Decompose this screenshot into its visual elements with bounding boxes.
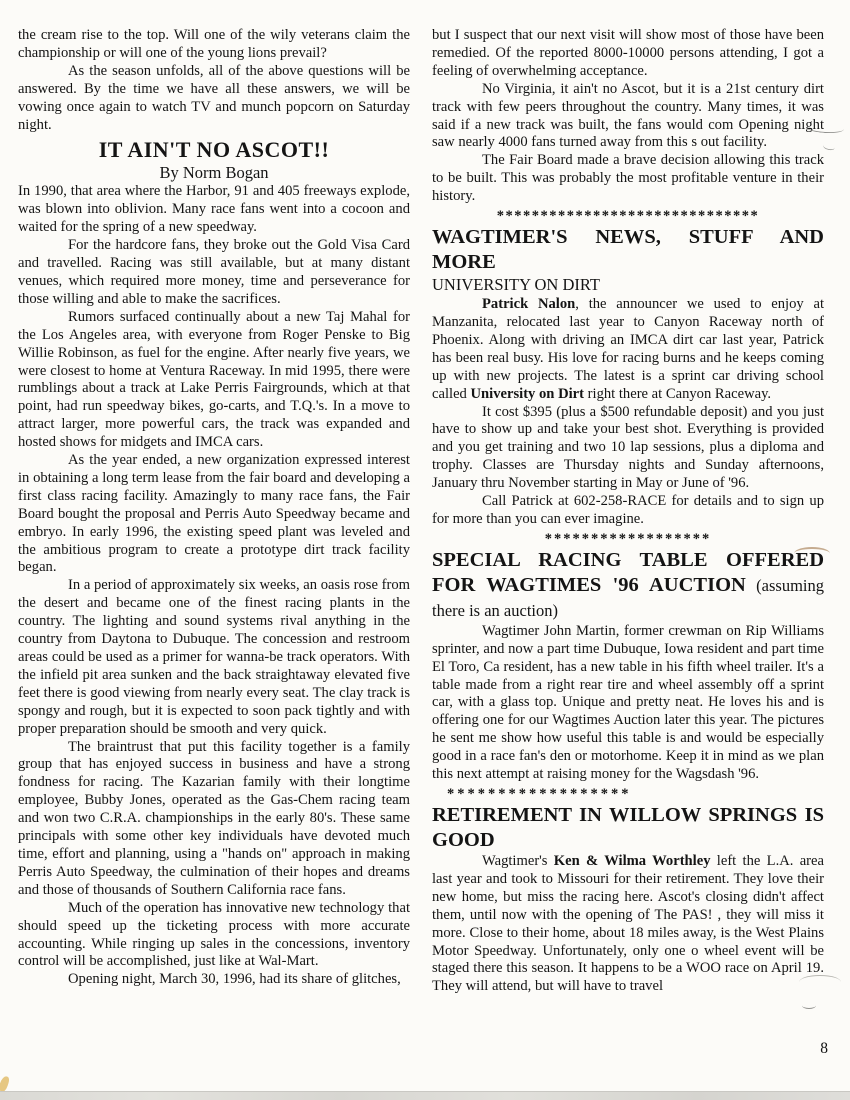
section-heading-special-racing-table: SPECIAL RACING TABLE OFFERED FOR WAGTIME… — [432, 548, 824, 623]
scan-artifact-pen-tick — [822, 142, 835, 151]
bold-university-on-dirt: University on Dirt — [471, 386, 585, 402]
subheading-university-on-dirt: UNIVERSITY ON DIRT — [432, 275, 824, 295]
paragraph: For the hardcore fans, they broke out th… — [18, 237, 410, 309]
paragraph: The braintrust that put this facility to… — [18, 739, 410, 900]
paragraph: Wagtimer's Ken & Wilma Worthley left the… — [432, 853, 824, 996]
section-heading-retirement: RETIREMENT IN WILLOW SPRINGS IS GOOD — [432, 803, 824, 853]
asterisk-divider: ****************************** — [432, 208, 824, 224]
scan-edge-strip — [0, 1091, 850, 1100]
paragraph: It cost $395 (plus a $500 refundable dep… — [432, 404, 824, 494]
paragraph: Patrick Nalon, the announcer we used to … — [432, 296, 824, 403]
asterisk-divider: ****************** — [432, 531, 824, 547]
paragraph: In 1990, that area where the Harbor, 91 … — [18, 183, 410, 237]
bold-name-ken-wilma-worthley: Ken & Wilma Worthley — [554, 853, 711, 869]
article-heading-ascot: IT AIN'T NO ASCOT!! — [18, 137, 410, 163]
paragraph: Call Patrick at 602-258-RACE for details… — [432, 493, 824, 529]
scan-artifact-pen-tick — [802, 1002, 816, 1009]
paragraph: As the year ended, a new organization ex… — [18, 452, 410, 577]
left-column: the cream rise to the top. Will one of t… — [18, 27, 410, 996]
page-number: 8 — [820, 1040, 828, 1058]
newsletter-page: the cream rise to the top. Will one of t… — [0, 0, 850, 1100]
asterisk-divider: ****************** — [432, 786, 824, 802]
paragraph: As the season unfolds, all of the above … — [18, 63, 410, 135]
paragraph: The Fair Board made a brave decision all… — [432, 152, 824, 206]
byline-norm-bogan: By Norm Bogan — [18, 163, 410, 183]
two-column-layout: the cream rise to the top. Will one of t… — [18, 27, 824, 996]
paragraph: Rumors surfaced continually about a new … — [18, 309, 410, 452]
bold-name-patrick-nalon: Patrick Nalon — [482, 296, 575, 312]
paragraph: but I suspect that our next visit will s… — [432, 27, 824, 81]
paragraph: In a period of approximately six weeks, … — [18, 577, 410, 738]
right-column: but I suspect that our next visit will s… — [432, 27, 824, 996]
paragraph: Wagtimer John Martin, former crewman on … — [432, 623, 824, 784]
paragraph: Opening night, March 30, 1996, had its s… — [18, 971, 410, 989]
section-heading-wagtimers-news: WAGTIMER'S NEWS, STUFF AND MORE — [432, 225, 824, 275]
paragraph: Much of the operation has innovative new… — [18, 900, 410, 972]
paragraph: the cream rise to the top. Will one of t… — [18, 27, 410, 63]
paragraph: No Virginia, it ain't no Ascot, but it i… — [432, 81, 824, 153]
